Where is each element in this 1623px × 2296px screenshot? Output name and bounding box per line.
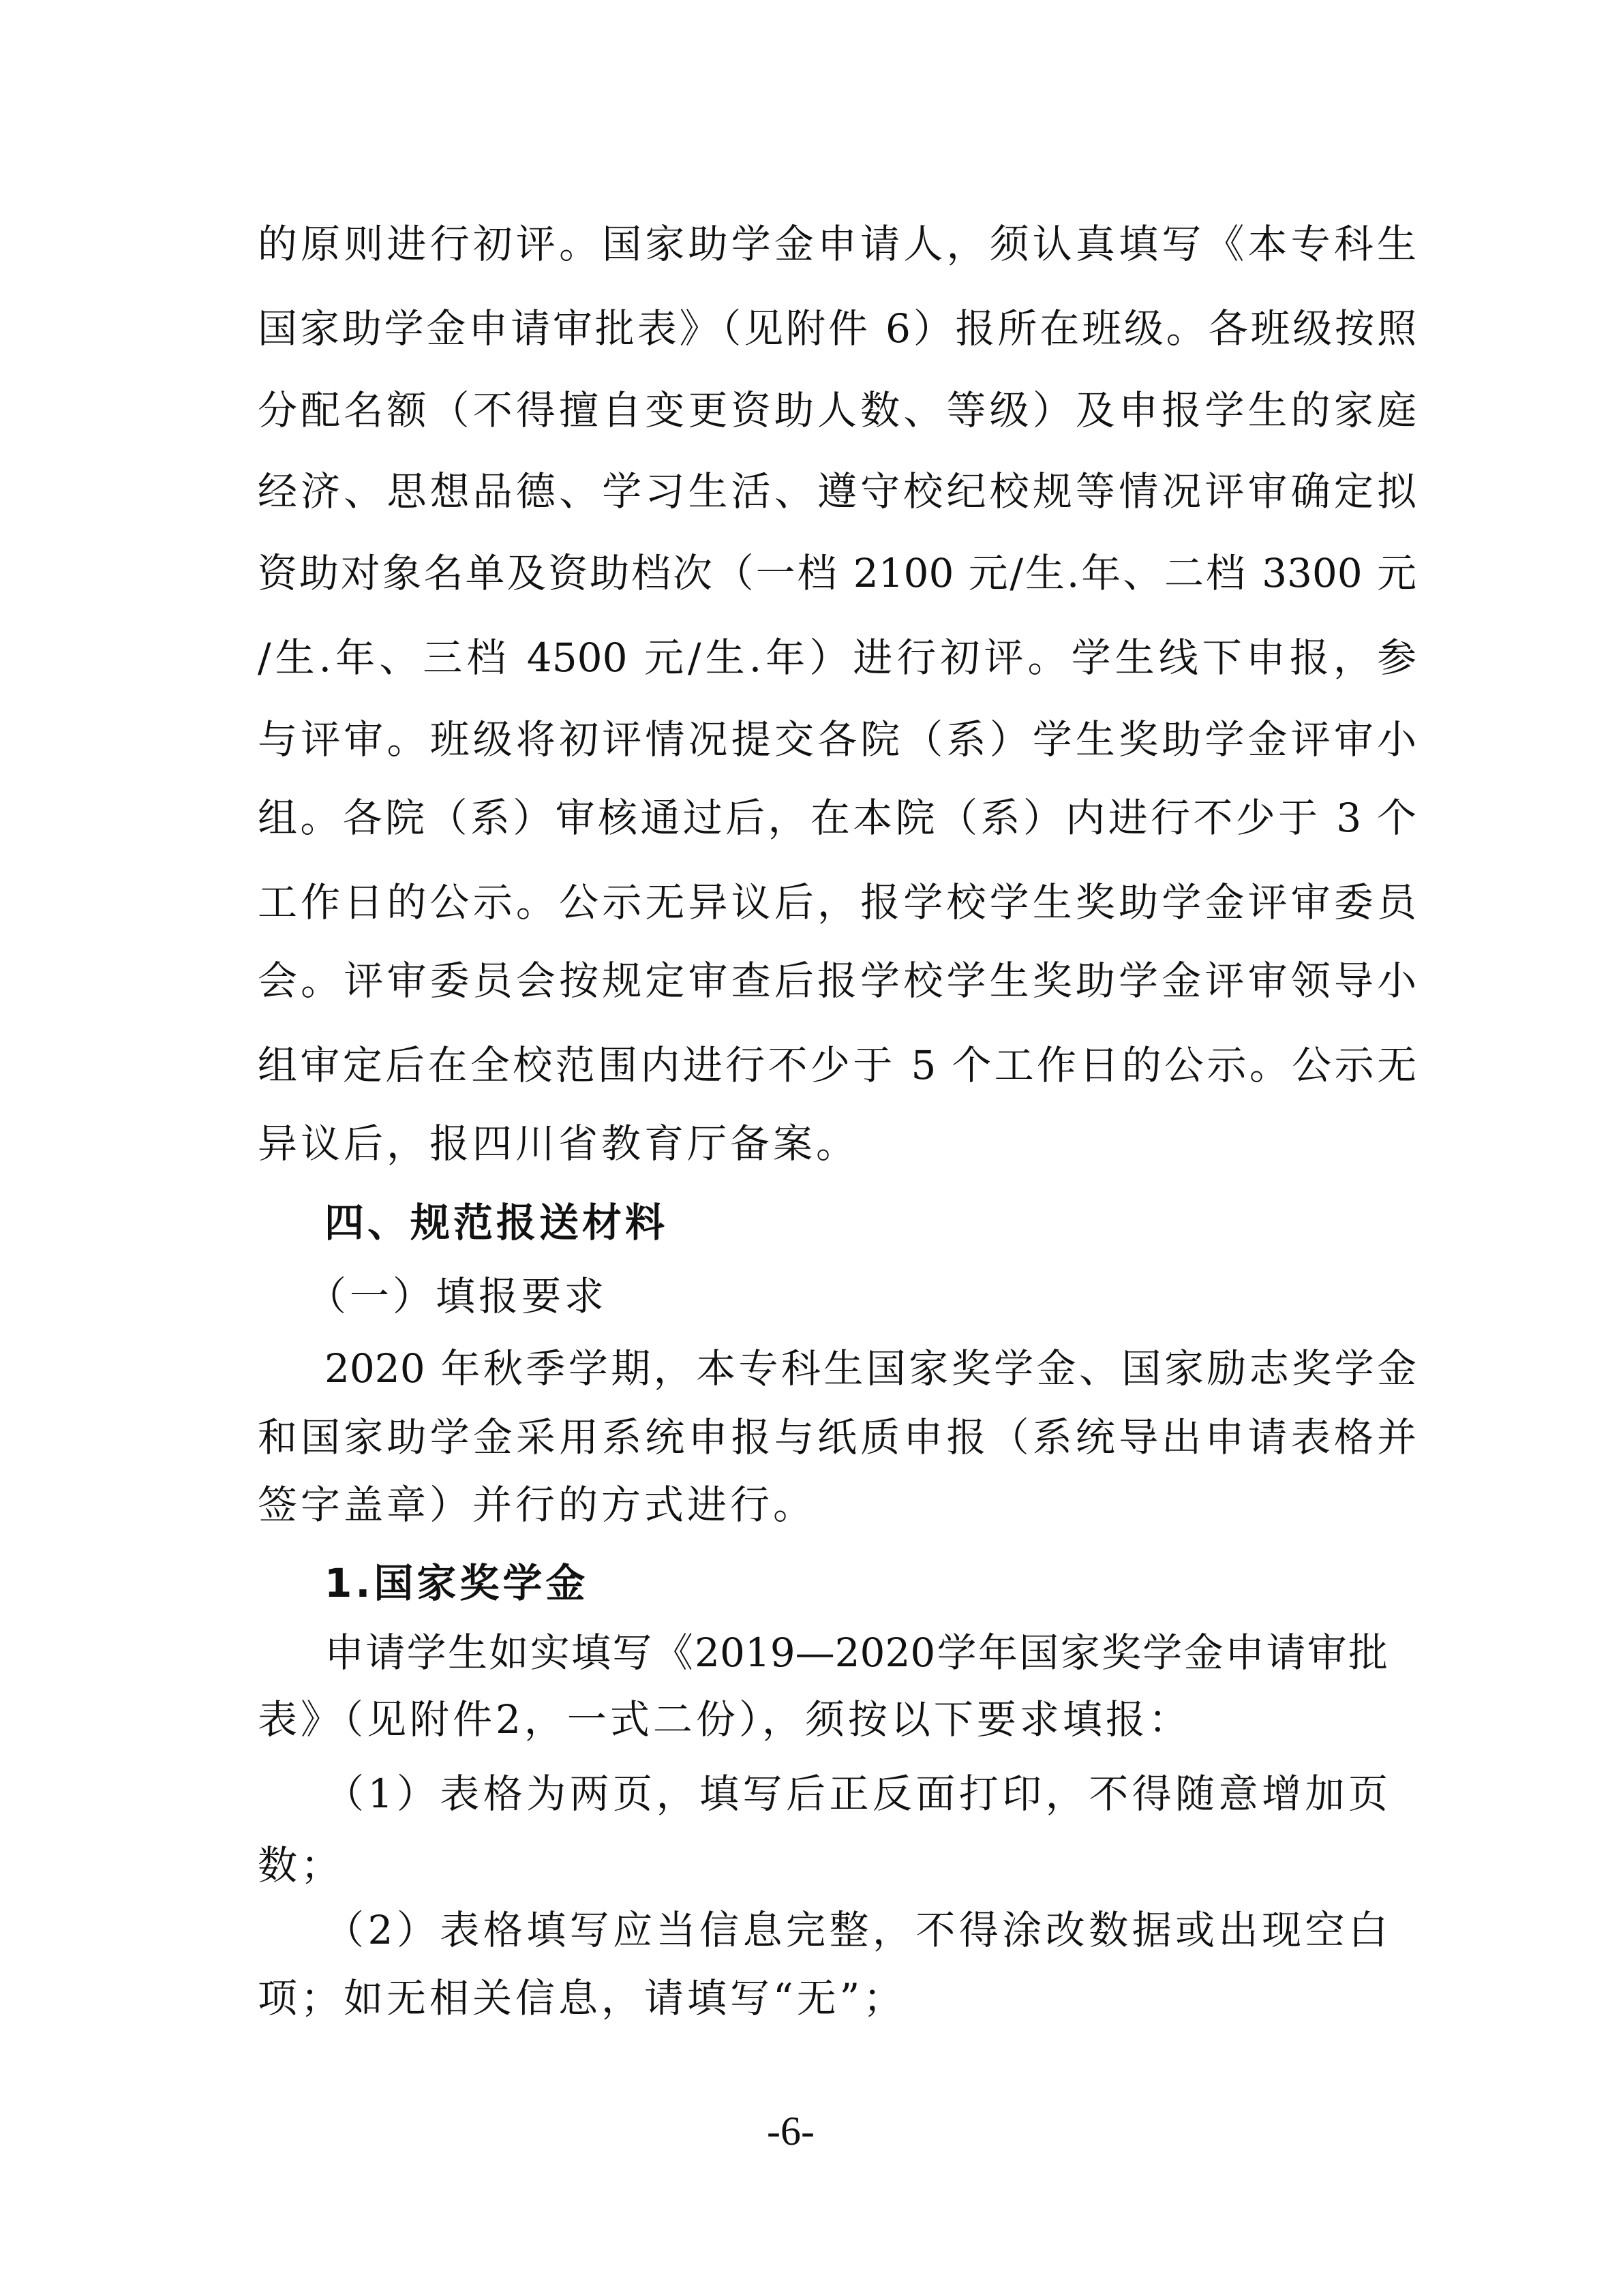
paragraph-line: 的原则进行初评。国家助学金申请人，须认真填写《本专科生 (258, 217, 1416, 271)
requirement-line: 项；如无相关信息，请填写“无”； (258, 1971, 1416, 2025)
requirement-line: 数； (258, 1838, 1416, 1893)
paragraph-line: 分配名额（不得擅自变更资助人数、等级）及申报学生的家庭 (258, 383, 1416, 438)
paragraph-line: 2020 年秋季学期，本专科生国家奖学金、国家励志奖学金 (324, 1341, 1416, 1396)
paragraph-line: 会。评审委员会按规定审查后报学校学生奖助学金评审领导小 (258, 953, 1416, 1008)
page-number: -6- (736, 2107, 845, 2155)
paragraph-line: /生.年、三档 4500 元/生.年）进行初评。学生线下申报，参 (258, 630, 1416, 685)
item-heading: 1.国家奖学金 (324, 1556, 1416, 1610)
document-page: 的原则进行初评。国家助学金申请人，须认真填写《本专科生 国家助学金申请审批表》（… (0, 0, 1623, 2296)
paragraph-line: 国家助学金申请审批表》（见附件 6）报所在班级。各班级按照 (258, 301, 1416, 356)
subsection-heading: （一）填报要求 (307, 1269, 1466, 1323)
paragraph-line: 和国家助学金采用系统申报与纸质申报（系统导出申请表格并 (258, 1410, 1416, 1465)
paragraph-line: 经济、思想品德、学习生活、遵守校纪校规等情况评审确定拟 (258, 464, 1416, 519)
paragraph-line: 资助对象名单及资助档次（一档 2100 元/生.年、二档 3300 元 (258, 546, 1416, 600)
paragraph-line: 组。各院（系）审核通过后，在本院（系）内进行不少于 3 个 (258, 791, 1416, 845)
paragraph-line: 签字盖章）并行的方式进行。 (258, 1478, 1416, 1532)
section-heading: 四、规范报送材料 (324, 1195, 1416, 1250)
paragraph-line: 工作日的公示。公示无异议后，报学校学生奖助学金评审委员 (258, 875, 1416, 930)
paragraph-line: 组审定后在全校范围内进行不少于 5 个工作日的公示。公示无 (258, 1038, 1416, 1092)
paragraph-line: 与评审。班级将初评情况提交各院（系）学生奖助学金评审小 (258, 712, 1416, 767)
requirement-line: （1）表格为两页，填写后正反面打印，不得随意增加页 (324, 1766, 1388, 1821)
paragraph-line: 表》（见附件2，一式二份），须按以下要求填报： (258, 1692, 1416, 1747)
paragraph-line: 申请学生如实填写《2019—2020学年国家奖学金申请审批 (324, 1625, 1388, 1680)
requirement-line: （2）表格填写应当信息完整，不得涂改数据或出现空白 (324, 1903, 1388, 1957)
paragraph-line: 异议后，报四川省教育厅备案。 (258, 1116, 1416, 1171)
